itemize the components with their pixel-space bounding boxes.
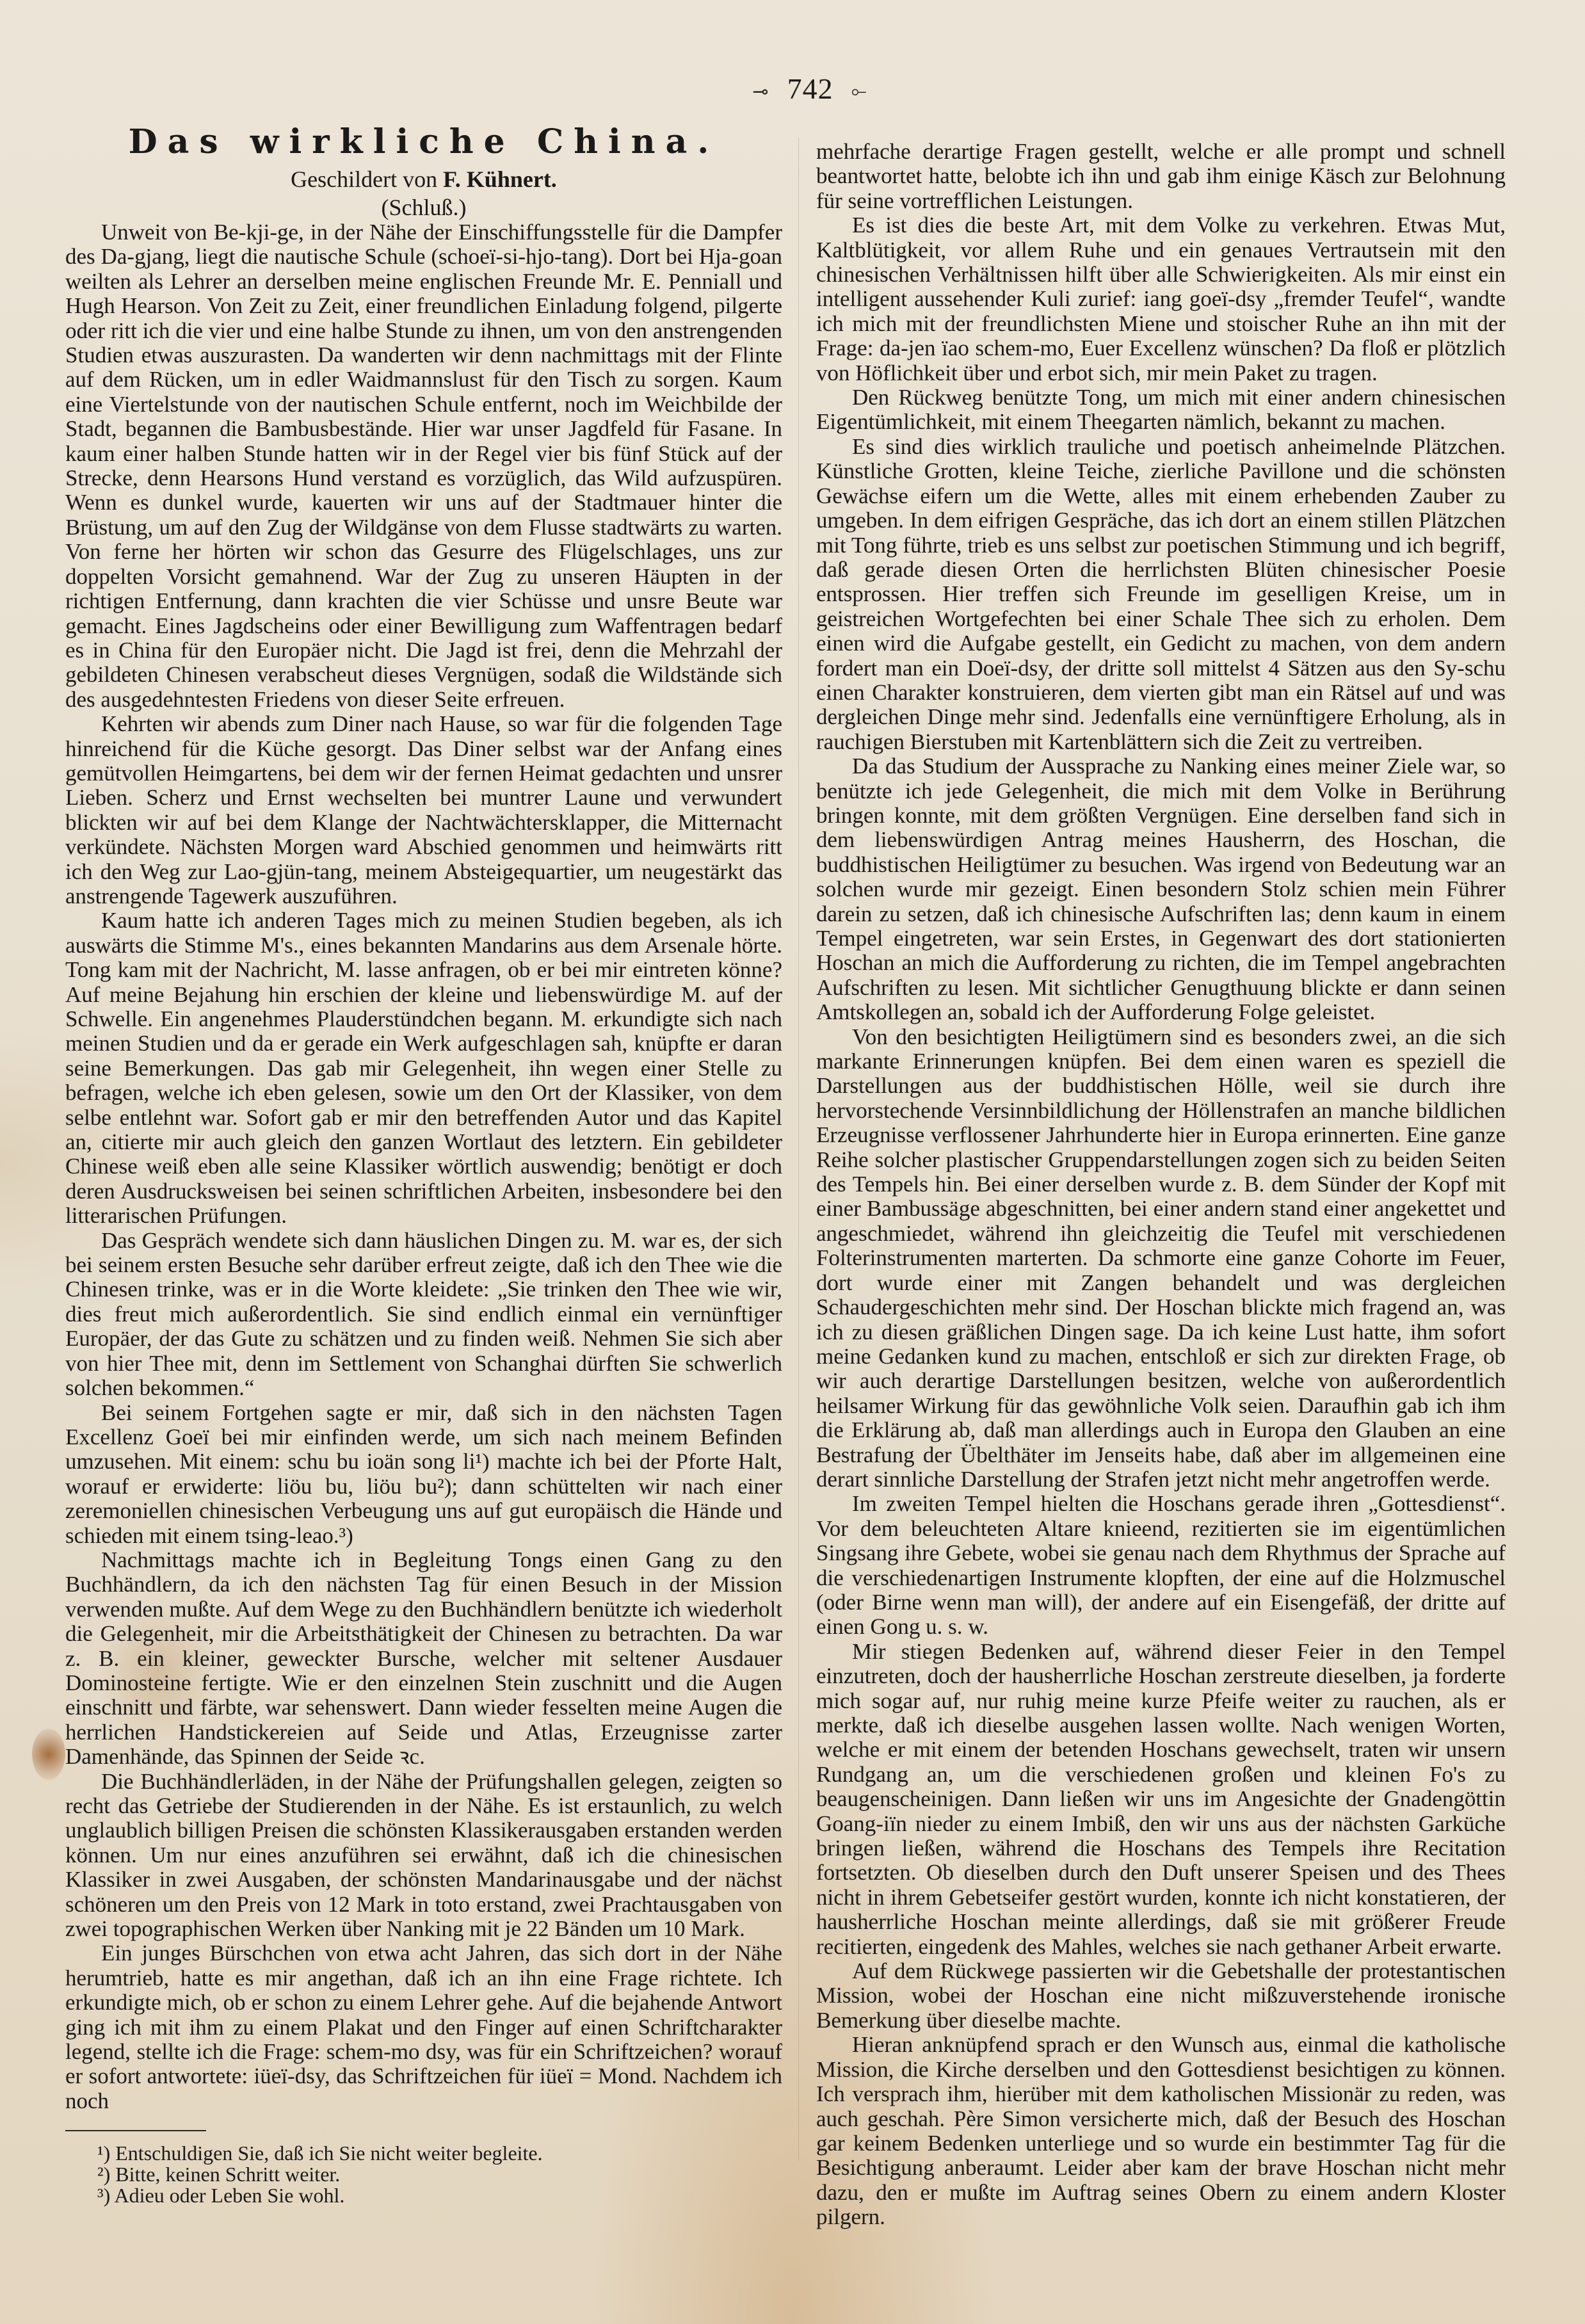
paragraph: Die Buchhändlerläden, in der Nähe der Pr… [65, 1770, 782, 1942]
column-divider [798, 138, 799, 2161]
article-title: Das wirkliche China. [65, 122, 782, 163]
paragraph: Auf dem Rückwege passierten wir die Gebe… [816, 1959, 1506, 2033]
paragraph: Kaum hatte ich anderen Tages mich zu mei… [65, 908, 782, 1228]
footnote: ¹) Entschuldigen Sie, daß ich Sie nicht … [65, 2143, 782, 2164]
paragraph: Ein junges Bürschchen von etwa acht Jahr… [65, 1941, 782, 2113]
paragraph: Kehrten wir abends zum Diner nach Hause,… [65, 712, 782, 908]
ornament-right-icon: ⟜ [851, 81, 867, 102]
byline-prefix: Geschildert von [291, 166, 437, 192]
paragraph: Da das Studium der Aussprache zu Nanking… [816, 754, 1506, 1024]
paragraph: Es sind dies wirklich trauliche und poet… [816, 435, 1506, 754]
byline: Geschildert von F. Kühnert. [65, 165, 782, 193]
paragraph: Es ist dies die beste Art, mit dem Volke… [816, 213, 1506, 385]
ornament-left-icon: ⊸ [752, 81, 769, 102]
paragraph: Den Rückweg benützte Tong, um mich mit e… [816, 385, 1506, 435]
footnote-rule [65, 2130, 206, 2131]
paragraph: Das Gespräch wendete sich dann häusliche… [65, 1229, 782, 1401]
paragraph: Im zweiten Tempel hielten die Hoschans g… [816, 1492, 1506, 1639]
page-number: 742 [787, 72, 833, 105]
page-number-header: ⊸742⟜ [717, 72, 903, 106]
right-column: mehrfache derartige Fragen gestellt, wel… [816, 140, 1506, 2230]
footnote: ³) Adieu oder Leben Sie wohl. [65, 2185, 782, 2206]
paragraph: mehrfache derartige Fragen gestellt, wel… [816, 140, 1506, 213]
footnote: ²) Bitte, keinen Schritt weiter. [65, 2164, 782, 2185]
paragraph: Hieran anknüpfend sprach er den Wunsch a… [816, 2033, 1506, 2229]
paragraph: Von den besichtigten Heiligtümern sind e… [816, 1025, 1506, 1492]
paragraph: Mir stiegen Bedenken auf, während dieser… [816, 1640, 1506, 1959]
author-name: F. Kühnert. [443, 166, 557, 192]
paper-stain [32, 1729, 65, 1780]
paragraph: Nachmittags machte ich in Begleitung Ton… [65, 1548, 782, 1770]
part-label: (Schluß.) [65, 195, 782, 220]
left-column: Das wirkliche China. Geschildert von F. … [65, 122, 782, 2206]
paragraph: Unweit von Be-kji-ge, in der Nähe der Ei… [65, 220, 782, 712]
paragraph: Bei seinem Fortgehen sagte er mir, daß s… [65, 1401, 782, 1548]
